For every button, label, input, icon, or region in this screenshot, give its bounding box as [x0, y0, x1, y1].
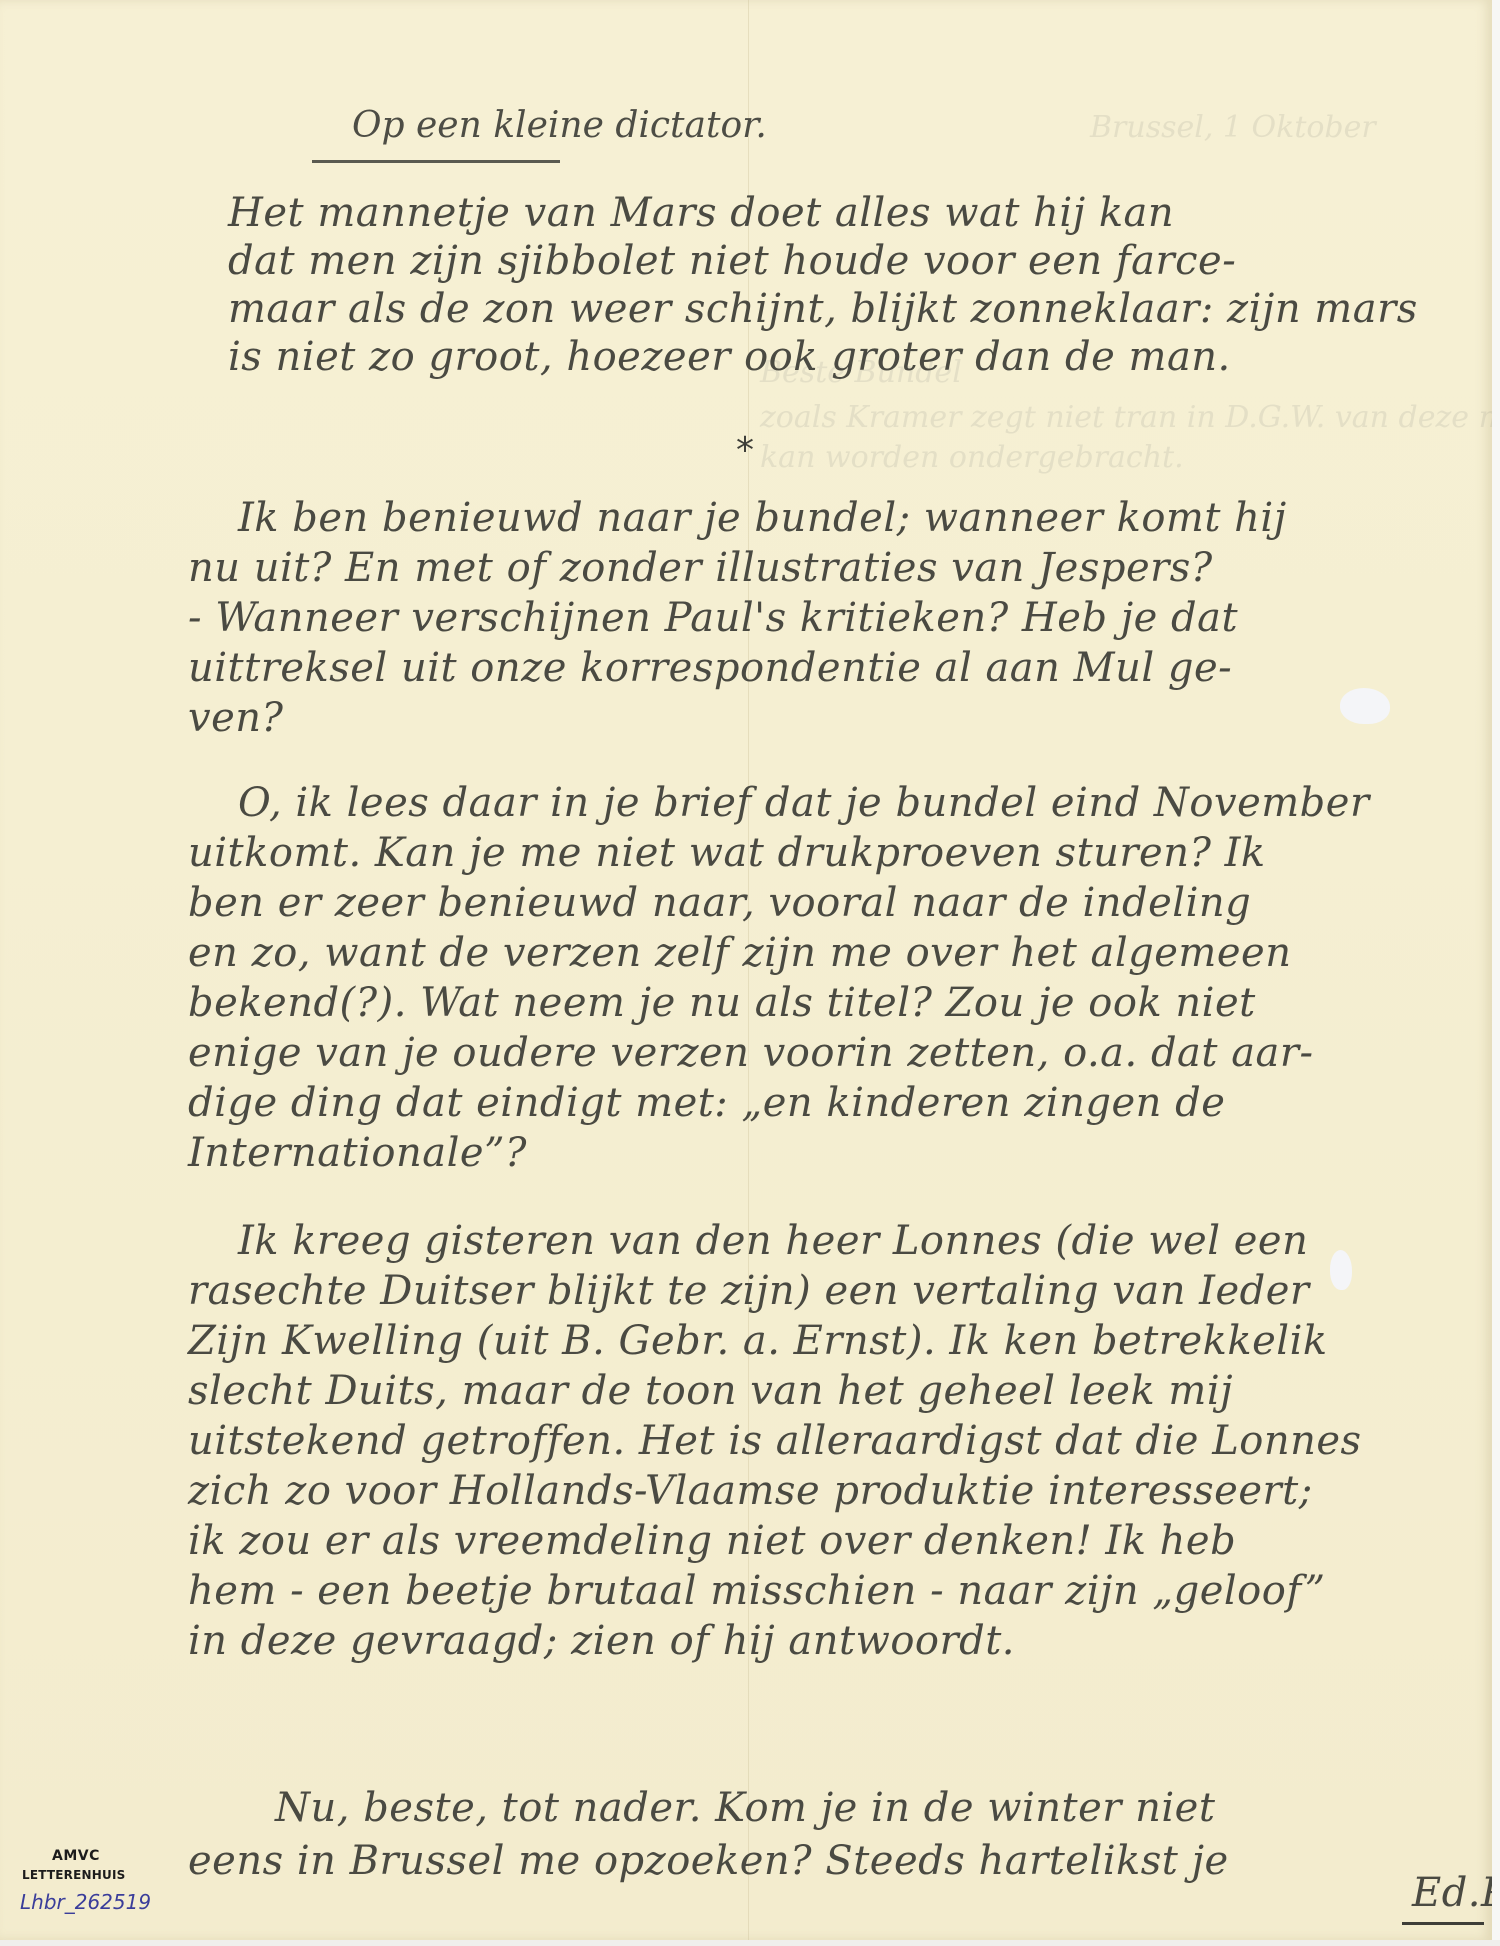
letter-line: hem - een beetje brutaal misschien - naa…: [188, 1568, 1326, 1614]
letter-line: ik zou er als vreemdeling niet over denk…: [188, 1518, 1236, 1564]
letter-line: uittreksel uit onze korrespondentie al a…: [188, 645, 1232, 691]
letter-line: bekend(?). Wat neem je nu als titel? Zou…: [188, 980, 1256, 1026]
letter-line: uitkomt. Kan je me niet wat drukproeven …: [188, 830, 1266, 876]
letter-line: - Wanneer verschijnen Paul's kritieken? …: [188, 595, 1238, 641]
poem-line: is niet zo groot, hoezeer ook groter dan…: [228, 334, 1231, 380]
letter-line: uitstekend getroffen. Het is alleraardig…: [188, 1418, 1362, 1464]
signature-underline: [1402, 1922, 1484, 1925]
poem-line: Het mannetje van Mars doet alles wat hij…: [228, 190, 1174, 236]
closing-line: Nu, beste, tot nader. Kom je in de winte…: [275, 1785, 1215, 1831]
letter-line: in deze gevraagd; zien of hij antwoordt.: [188, 1618, 1015, 1664]
page-edge: [0, 1940, 1500, 1946]
letter-line: Zijn Kwelling (uit B. Gebr. a. Ernst). I…: [188, 1318, 1328, 1364]
letter-line: nu uit? En met of zonder illustraties va…: [188, 545, 1213, 591]
letter-line: enige van je oudere verzen voorin zetten…: [188, 1030, 1314, 1076]
poem-line: dat men zijn sjibbolet niet houde voor e…: [228, 238, 1236, 284]
bleed-through-text: Brussel, 1 Oktober: [1090, 110, 1376, 145]
paper-hole: [1330, 1250, 1352, 1290]
title-underline: [312, 160, 560, 163]
letter-line: Ik kreeg gisteren van den heer Lonnes (d…: [238, 1218, 1308, 1264]
letter-line: ven?: [188, 695, 283, 741]
letter-line: Ik ben benieuwd naar je bundel; wanneer …: [238, 495, 1287, 541]
letter-page: Brussel, 1 Oktober Beste Bundel zoals Kr…: [0, 0, 1492, 1940]
letter-line: O, ik lees daar in je brief dat je bunde…: [238, 780, 1370, 826]
signature: Ed.P.: [1412, 1870, 1500, 1916]
section-separator: *: [736, 430, 754, 471]
closing-line: eens in Brussel me opzoeken? Steeds hart…: [188, 1838, 1229, 1884]
poem-title: Op een kleine dictator.: [352, 105, 767, 146]
letter-line: slecht Duits, maar de toon van het gehee…: [188, 1368, 1233, 1414]
letter-line: Internationale”?: [188, 1130, 527, 1176]
archive-stamp-amvc: AMVC: [52, 1848, 100, 1864]
bleed-through-text: kan worden ondergebracht.: [760, 440, 1184, 475]
bleed-through-text: zoals Kramer zegt niet tran in D.G.W. va…: [760, 400, 1500, 435]
letter-line: rasechte Duitser blijkt te zijn) een ver…: [188, 1268, 1310, 1314]
letter-line: zich zo voor Hollands-Vlaamse produktie …: [188, 1468, 1313, 1514]
poem-line: maar als de zon weer schijnt, blijkt zon…: [228, 286, 1418, 332]
letter-line: dige ding dat eindigt met: „en kinderen …: [188, 1080, 1225, 1126]
letter-line: ben er zeer benieuwd naar, vooral naar d…: [188, 880, 1251, 926]
archive-shelfmark: Lhbr_262519: [20, 1890, 151, 1914]
archive-stamp-letterenhuis: LETTERENHUIS: [22, 1868, 125, 1882]
paper-hole: [1340, 688, 1390, 724]
letter-line: en zo, want de verzen zelf zijn me over …: [188, 930, 1291, 976]
page-edge: [1492, 0, 1500, 1946]
